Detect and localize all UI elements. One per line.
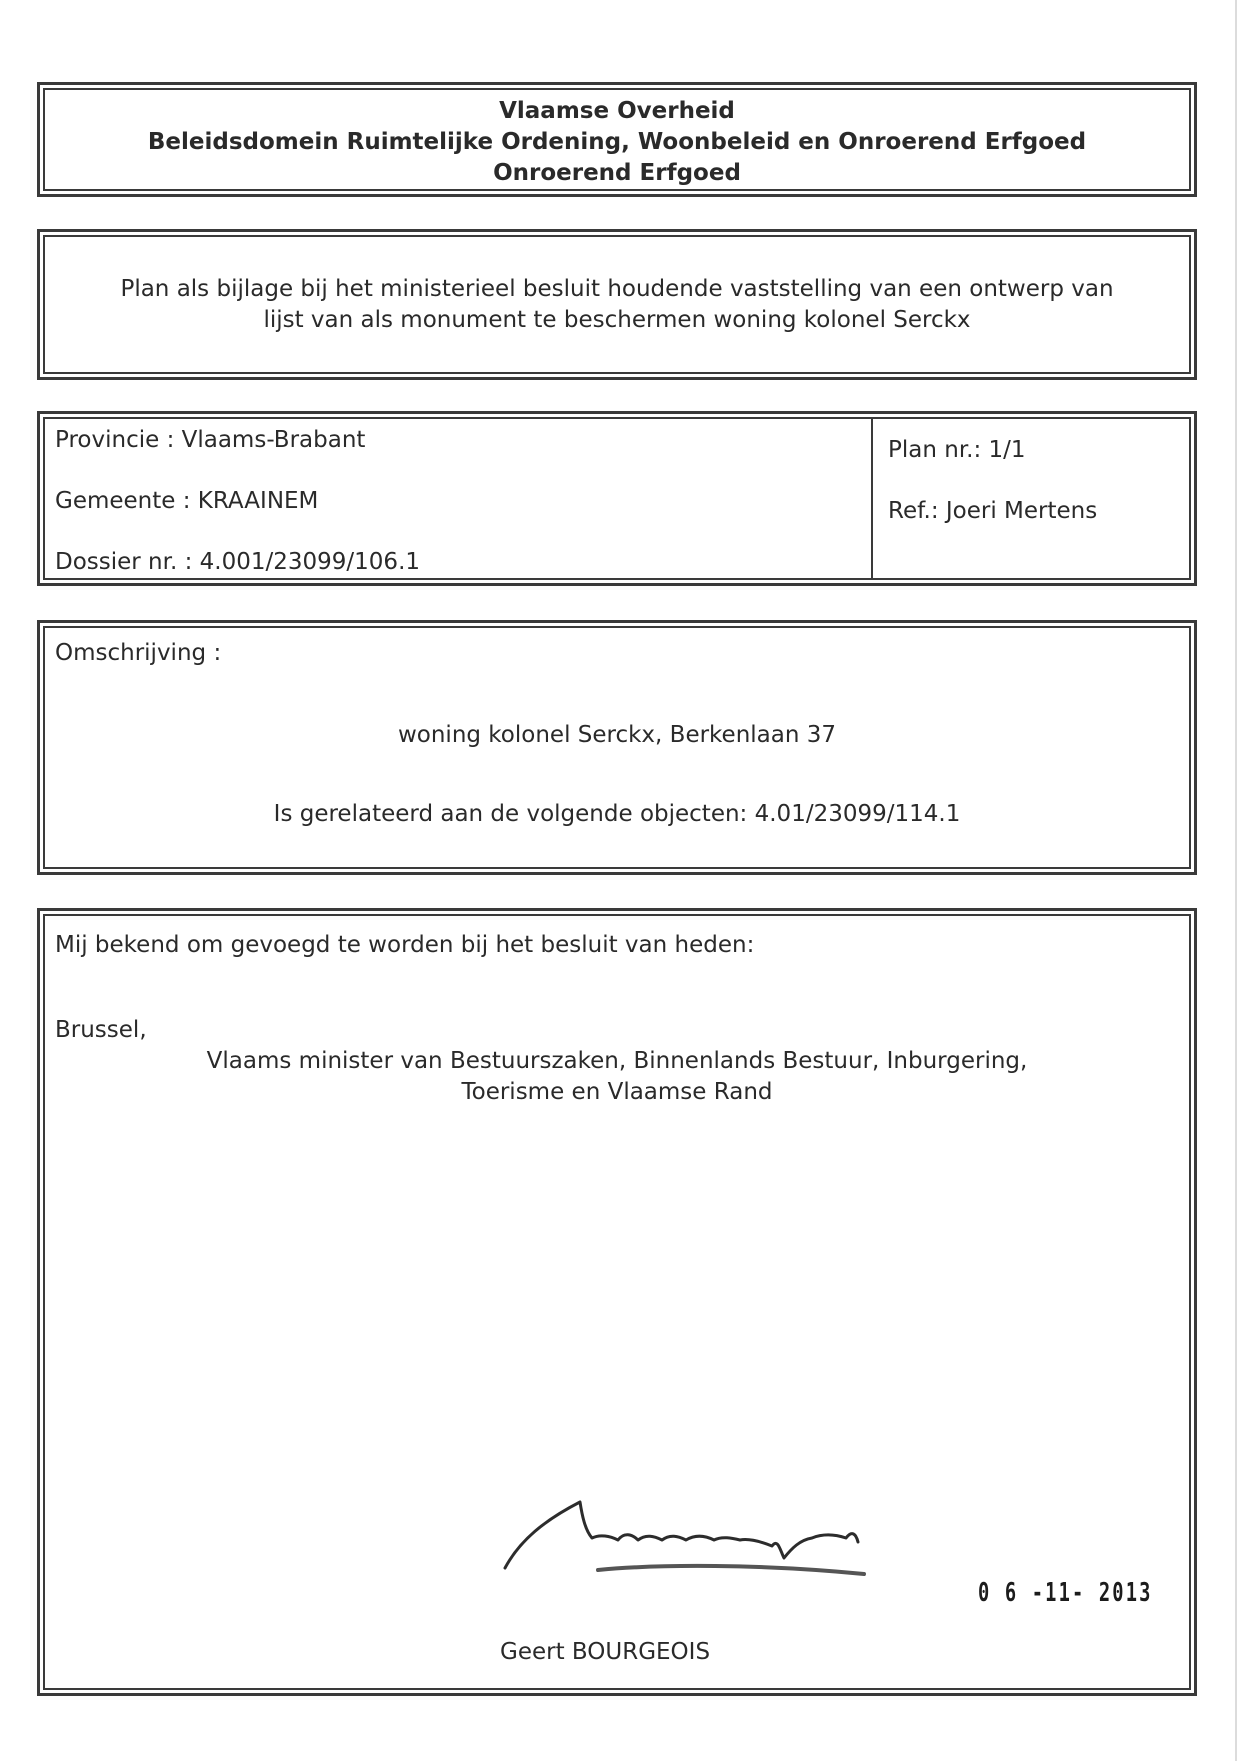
info-box: Provincie : Vlaams-Brabant Gemeente : KR… xyxy=(37,411,1197,586)
minister-line-1: Vlaams minister van Bestuurszaken, Binne… xyxy=(45,1050,1189,1073)
plan-title-box: Plan als bijlage bij het ministerieel be… xyxy=(37,229,1197,380)
description-related: Is gerelateerd aan de volgende objecten:… xyxy=(45,803,1189,826)
signatory-name: Geert BOURGEOIS xyxy=(500,1641,710,1664)
description-object: woning kolonel Serckx, Berkenlaan 37 xyxy=(45,724,1189,747)
header-line-3: Onroerend Erfgoed xyxy=(45,162,1189,185)
description-label: Omschrijving : xyxy=(55,642,221,665)
header-line-1: Vlaamse Overheid xyxy=(45,100,1189,123)
description-box: Omschrijving : woning kolonel Serckx, Be… xyxy=(37,620,1197,875)
gemeente-field: Gemeente : KRAAINEM xyxy=(55,490,318,513)
date-stamp: 0 6 -11- 2013 xyxy=(978,1578,1153,1608)
column-divider xyxy=(871,419,873,578)
header-line-2: Beleidsdomein Ruimtelijke Ordening, Woon… xyxy=(45,131,1189,154)
scan-edge-line xyxy=(1235,0,1237,1761)
plan-nr-field: Plan nr.: 1/1 xyxy=(888,439,1026,462)
signature-icon xyxy=(500,1490,970,1590)
approval-statement: Mij bekend om gevoegd te worden bij het … xyxy=(55,934,754,957)
minister-line-2: Toerisme en Vlaamse Rand xyxy=(45,1081,1189,1104)
header-box: Vlaamse Overheid Beleidsdomein Ruimtelij… xyxy=(37,82,1197,197)
plan-title-line-2: lijst van als monument te beschermen won… xyxy=(45,309,1189,332)
provincie-field: Provincie : Vlaams-Brabant xyxy=(55,429,365,452)
approval-place: Brussel, xyxy=(55,1019,147,1042)
plan-title-line-1: Plan als bijlage bij het ministerieel be… xyxy=(45,278,1189,301)
dossier-field: Dossier nr. : 4.001/23099/106.1 xyxy=(55,551,420,574)
ref-field: Ref.: Joeri Mertens xyxy=(888,500,1097,523)
